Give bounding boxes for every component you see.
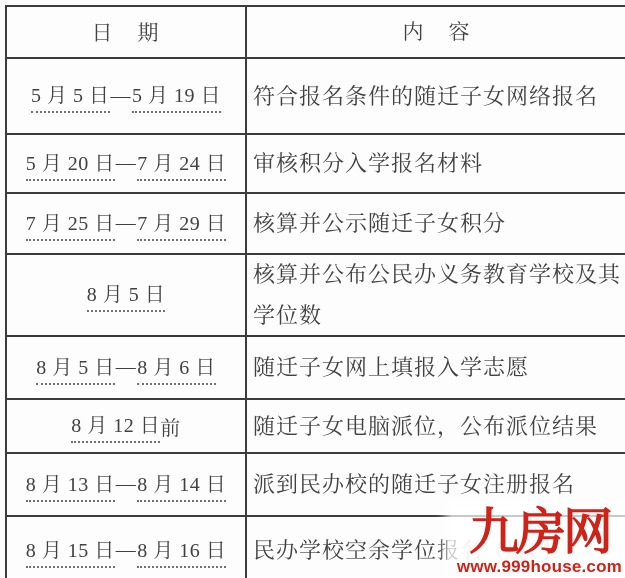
content-text: 核算并公示随迁子女积分 — [253, 203, 506, 244]
table-row: 5 月 20 日—7 月 24 日 审核积分入学报名材料 — [7, 135, 625, 194]
date-range-separator: — — [116, 473, 137, 496]
header-date: 日 期 — [7, 7, 247, 57]
date-cell: 8 月 15 日—8 月 16 日 — [7, 517, 247, 578]
content-cell: 审核积分入学报名材料 — [247, 135, 625, 192]
content-text: 核算并公布公民办义务教育学校及其学位数 — [253, 254, 621, 336]
content-text: 审核积分入学报名材料 — [253, 143, 483, 184]
date-range-end: 8 月 16 日 — [137, 534, 226, 568]
enrollment-schedule-table: 日 期 内 容 5 月 5 日—5 月 19 日 符合报名条件的随迁子女网络报名… — [5, 5, 625, 578]
table-row: 8 月 5 日 核算并公布公民办义务教育学校及其学位数 — [7, 255, 625, 337]
content-text: 符合报名条件的随迁子女网络报名 — [253, 76, 598, 117]
date-range-end: 8 月 6 日 — [137, 351, 216, 385]
date-range-start: 8 月 5 日 — [36, 351, 115, 385]
date-single: 8 月 12 日 — [71, 409, 160, 443]
watermark: 九房网 www.999house.com — [451, 506, 625, 578]
content-cell: 符合报名条件的随迁子女网络报名 — [247, 59, 625, 133]
date-range-end: 7 月 24 日 — [137, 147, 226, 181]
content-cell: 随迁子女电脑派位，公布派位结果 — [247, 400, 625, 452]
table-row: 8 月 12 日前 随迁子女电脑派位，公布派位结果 — [7, 400, 625, 454]
date-range-separator: — — [116, 212, 137, 235]
date-range-start: 5 月 5 日 — [31, 79, 110, 113]
date-range-end: 8 月 14 日 — [137, 468, 226, 502]
content-cell: 核算并公示随迁子女积分 — [247, 194, 625, 253]
watermark-site-url: www.999house.com — [457, 557, 622, 577]
content-cell: 随迁子女网上填报入学志愿 — [247, 337, 625, 398]
content-text: 随迁子女网上填报入学志愿 — [253, 347, 529, 388]
date-range-start: 7 月 25 日 — [26, 207, 115, 241]
date-suffix: 前 — [160, 412, 181, 441]
header-content-label: 内 容 — [403, 12, 472, 53]
header-content: 内 容 — [247, 7, 625, 57]
date-range-separator: — — [111, 85, 132, 108]
date-range-separator: — — [116, 539, 137, 562]
date-cell: 8 月 12 日前 — [7, 400, 247, 452]
date-range-separator: — — [116, 152, 137, 175]
date-range-start: 5 月 20 日 — [26, 147, 115, 181]
date-cell: 8 月 13 日—8 月 14 日 — [7, 454, 247, 515]
content-cell: 核算并公布公民办义务教育学校及其学位数 — [247, 255, 625, 335]
date-range-start: 8 月 13 日 — [26, 468, 115, 502]
date-range-end: 7 月 29 日 — [137, 207, 226, 241]
date-cell: 8 月 5 日 — [7, 255, 247, 335]
date-cell: 5 月 5 日—5 月 19 日 — [7, 59, 247, 133]
table-row: 8 月 5 日—8 月 6 日 随迁子女网上填报入学志愿 — [7, 337, 625, 400]
content-text: 民办学校空余学位报 — [253, 530, 460, 571]
date-range-start: 8 月 15 日 — [26, 534, 115, 568]
table-row: 7 月 25 日—7 月 29 日 核算并公示随迁子女积分 — [7, 194, 625, 255]
header-date-label: 日 期 — [92, 17, 161, 47]
date-cell: 7 月 25 日—7 月 29 日 — [7, 194, 247, 253]
date-cell: 8 月 5 日—8 月 6 日 — [7, 337, 247, 398]
table-header-row: 日 期 内 容 — [7, 7, 625, 59]
content-text: 随迁子女电脑派位，公布派位结果 — [253, 406, 598, 447]
watermark-logo-text: 九房网 — [457, 508, 622, 556]
date-single: 8 月 5 日 — [87, 278, 166, 312]
content-text: 派到民办校的随迁子女注册报名 — [253, 464, 575, 505]
date-cell: 5 月 20 日—7 月 24 日 — [7, 135, 247, 192]
date-range-end: 5 月 19 日 — [132, 79, 221, 113]
date-range-separator: — — [116, 356, 137, 379]
table-row: 5 月 5 日—5 月 19 日 符合报名条件的随迁子女网络报名 — [7, 59, 625, 135]
